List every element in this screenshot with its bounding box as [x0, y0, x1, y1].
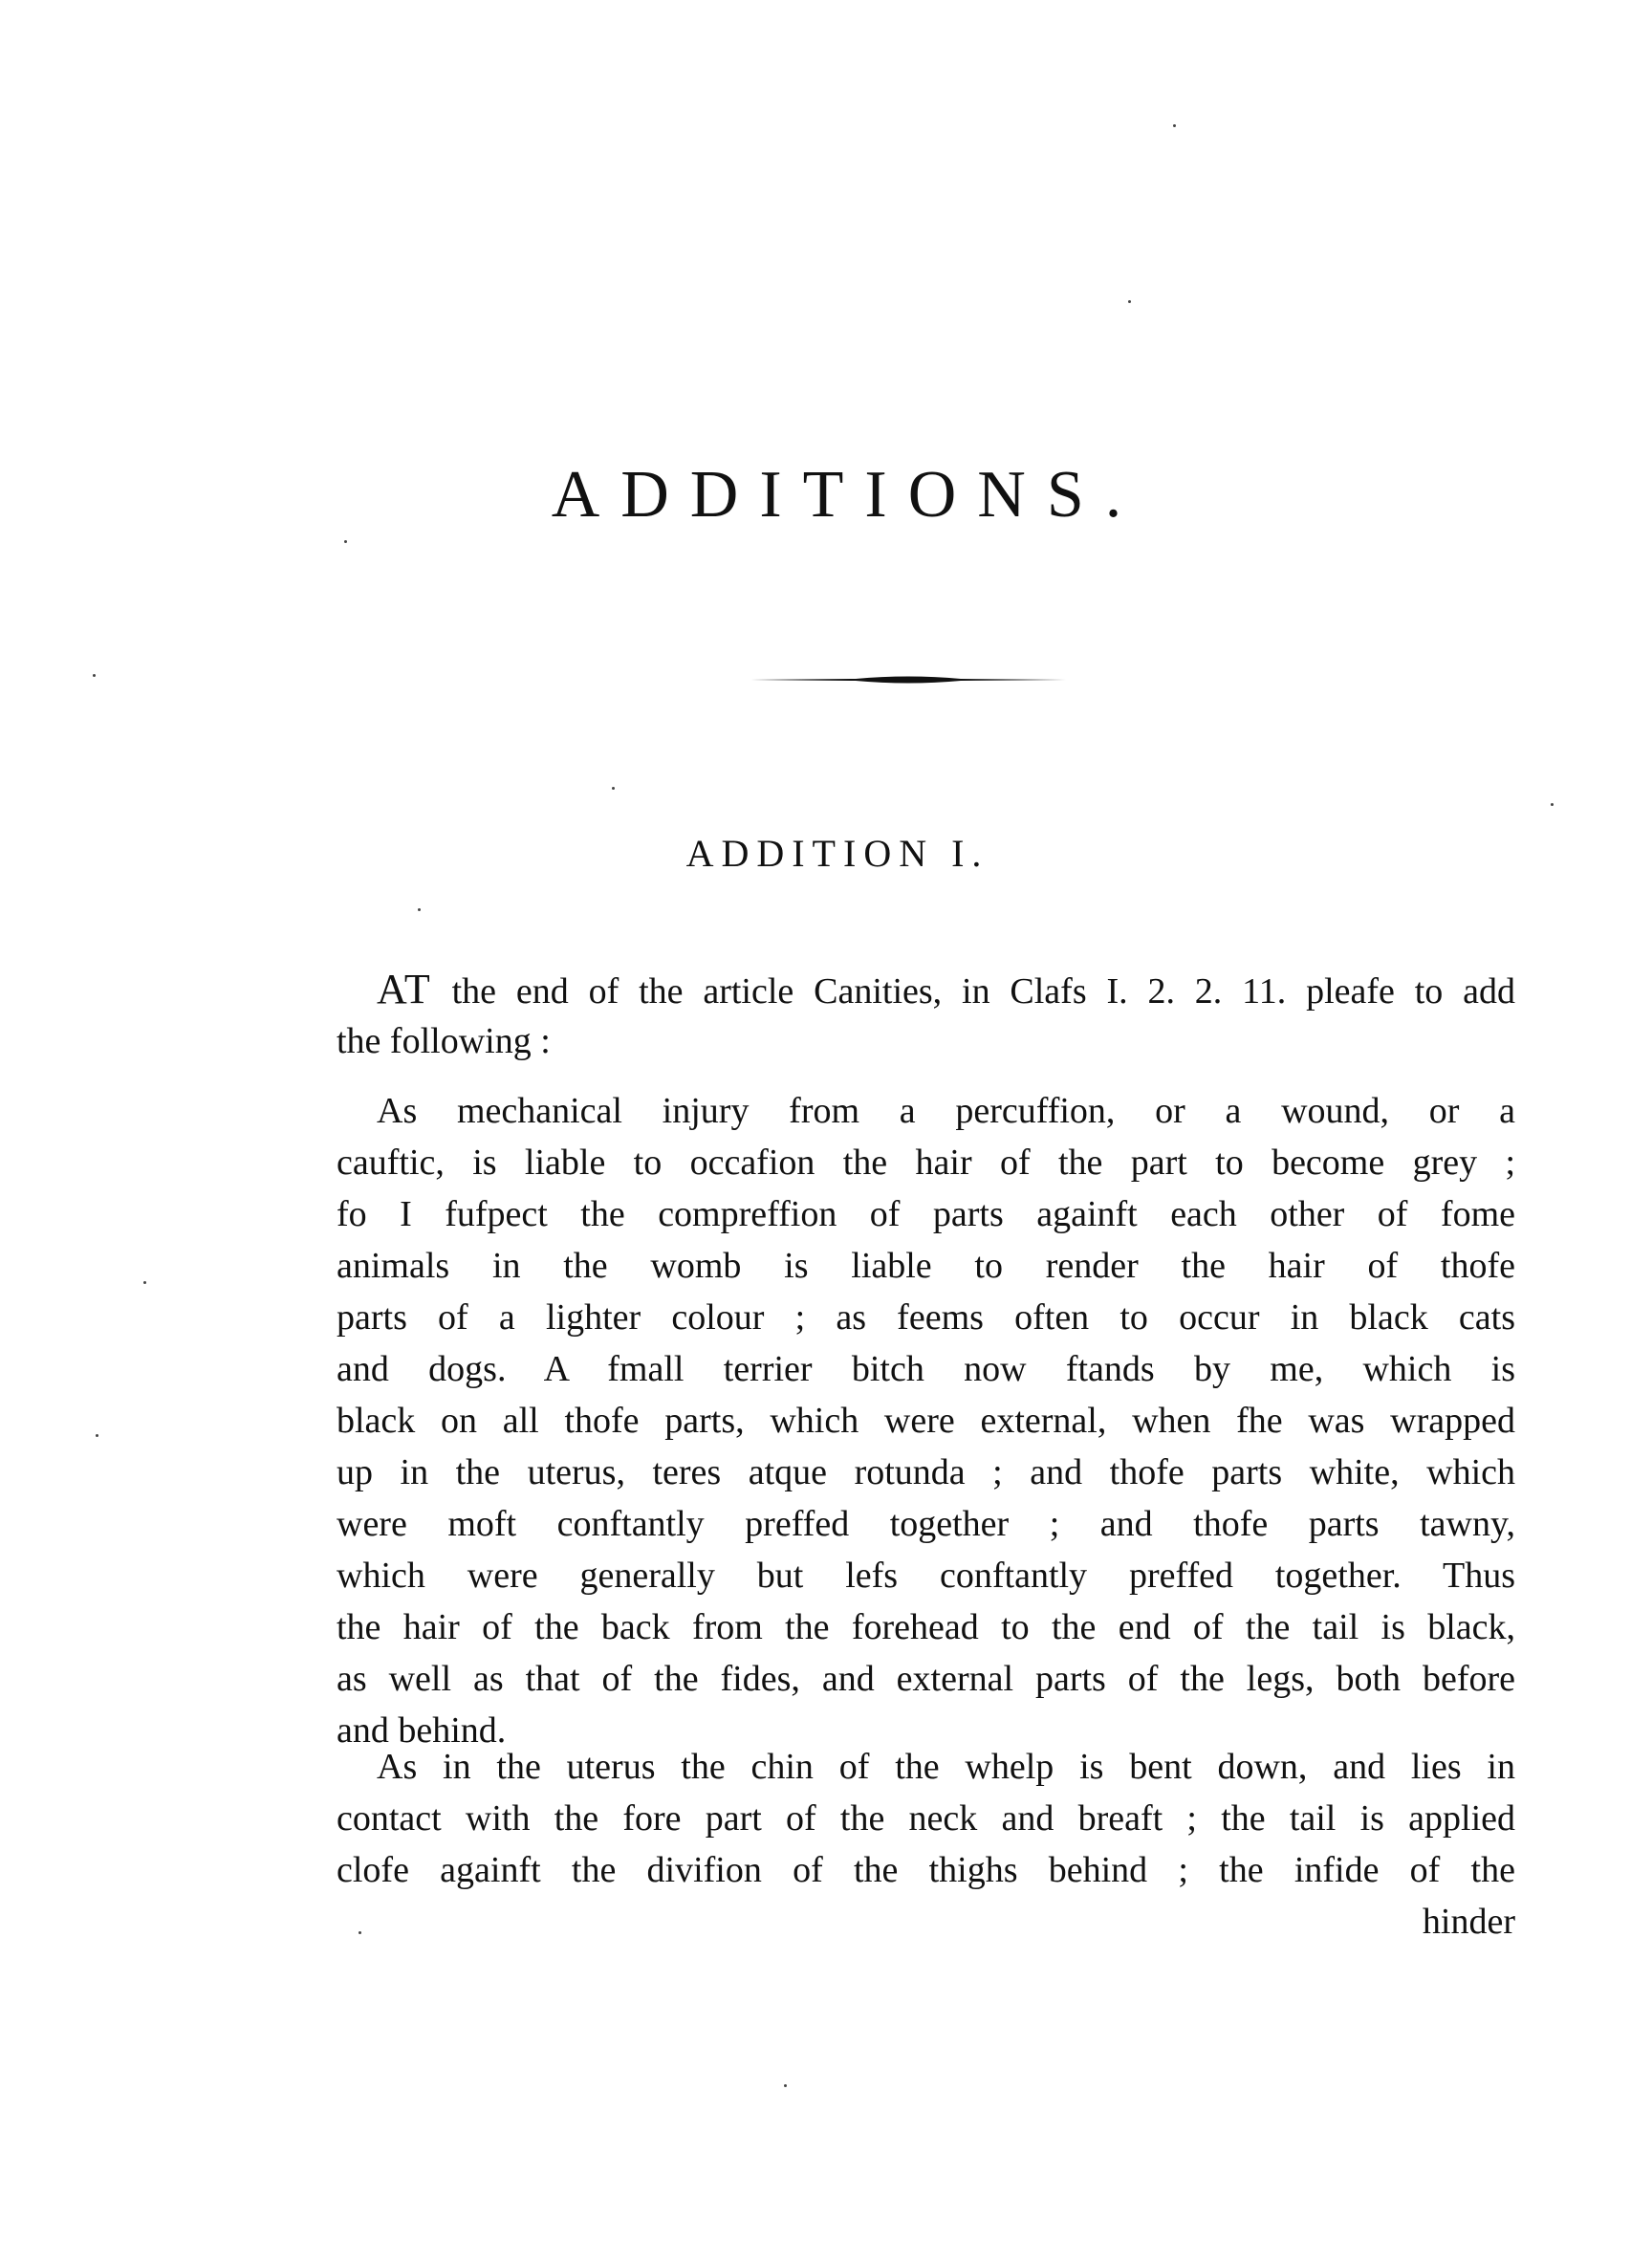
section-heading: ADDITION I.	[0, 830, 1652, 878]
body-paragraph-1: As mechanical injury from a percuffion, …	[337, 1085, 1515, 1756]
text-line: cauftic, is liable to occafion the hair …	[337, 1137, 1515, 1188]
text-line: which were generally but lefs conftantly…	[337, 1550, 1515, 1601]
scan-speck	[93, 674, 96, 677]
text-line: the following :	[337, 1015, 1515, 1067]
text-line: AT the end of the article Canities, in C…	[337, 964, 1515, 1015]
text-line: and dogs. A fmall terrier bitch now ftan…	[337, 1343, 1515, 1395]
text-line: the hair of the back from the forehead t…	[337, 1601, 1515, 1653]
scan-speck	[1128, 300, 1131, 303]
scan-speck	[344, 540, 347, 543]
text-line: As mechanical injury from a percuffion, …	[337, 1085, 1515, 1137]
catchword: hinder	[337, 1896, 1515, 1948]
text-line: contact with the fore part of the neck a…	[337, 1793, 1515, 1844]
text-line: were moft conftantly preffed together ; …	[337, 1498, 1515, 1550]
body-paragraph-2: As in the uterus the chin of the whelp i…	[337, 1741, 1515, 1948]
text-line: as well as that of the fides, and extern…	[337, 1653, 1515, 1705]
text-line: parts of a lighter colour ; as feems oft…	[337, 1292, 1515, 1343]
scan-speck	[1551, 803, 1554, 806]
text-line: black on all thofe parts, which were ext…	[337, 1395, 1515, 1447]
scan-speck	[1173, 124, 1176, 127]
scan-speck	[359, 1931, 361, 1934]
text-line: fo I fufpect the compreffion of parts ag…	[337, 1188, 1515, 1240]
scan-speck	[96, 1434, 98, 1437]
page-title: ADDITIONS.	[0, 457, 1652, 533]
text-line: clofe againft the divifion of the thighs…	[337, 1844, 1515, 1896]
text-line: up in the uterus, teres atque rotunda ; …	[337, 1447, 1515, 1498]
scan-speck	[418, 908, 421, 911]
scan-speck	[784, 2084, 787, 2087]
lead-capitals: AT	[377, 966, 432, 1012]
text-line: animals in the womb is liable to render …	[337, 1240, 1515, 1292]
ornamental-rule	[750, 674, 1066, 686]
intro-paragraph: AT the end of the article Canities, in C…	[337, 964, 1515, 1067]
text-line: As in the uterus the chin of the whelp i…	[337, 1741, 1515, 1793]
scan-speck	[612, 787, 615, 790]
scan-speck	[143, 1281, 146, 1284]
